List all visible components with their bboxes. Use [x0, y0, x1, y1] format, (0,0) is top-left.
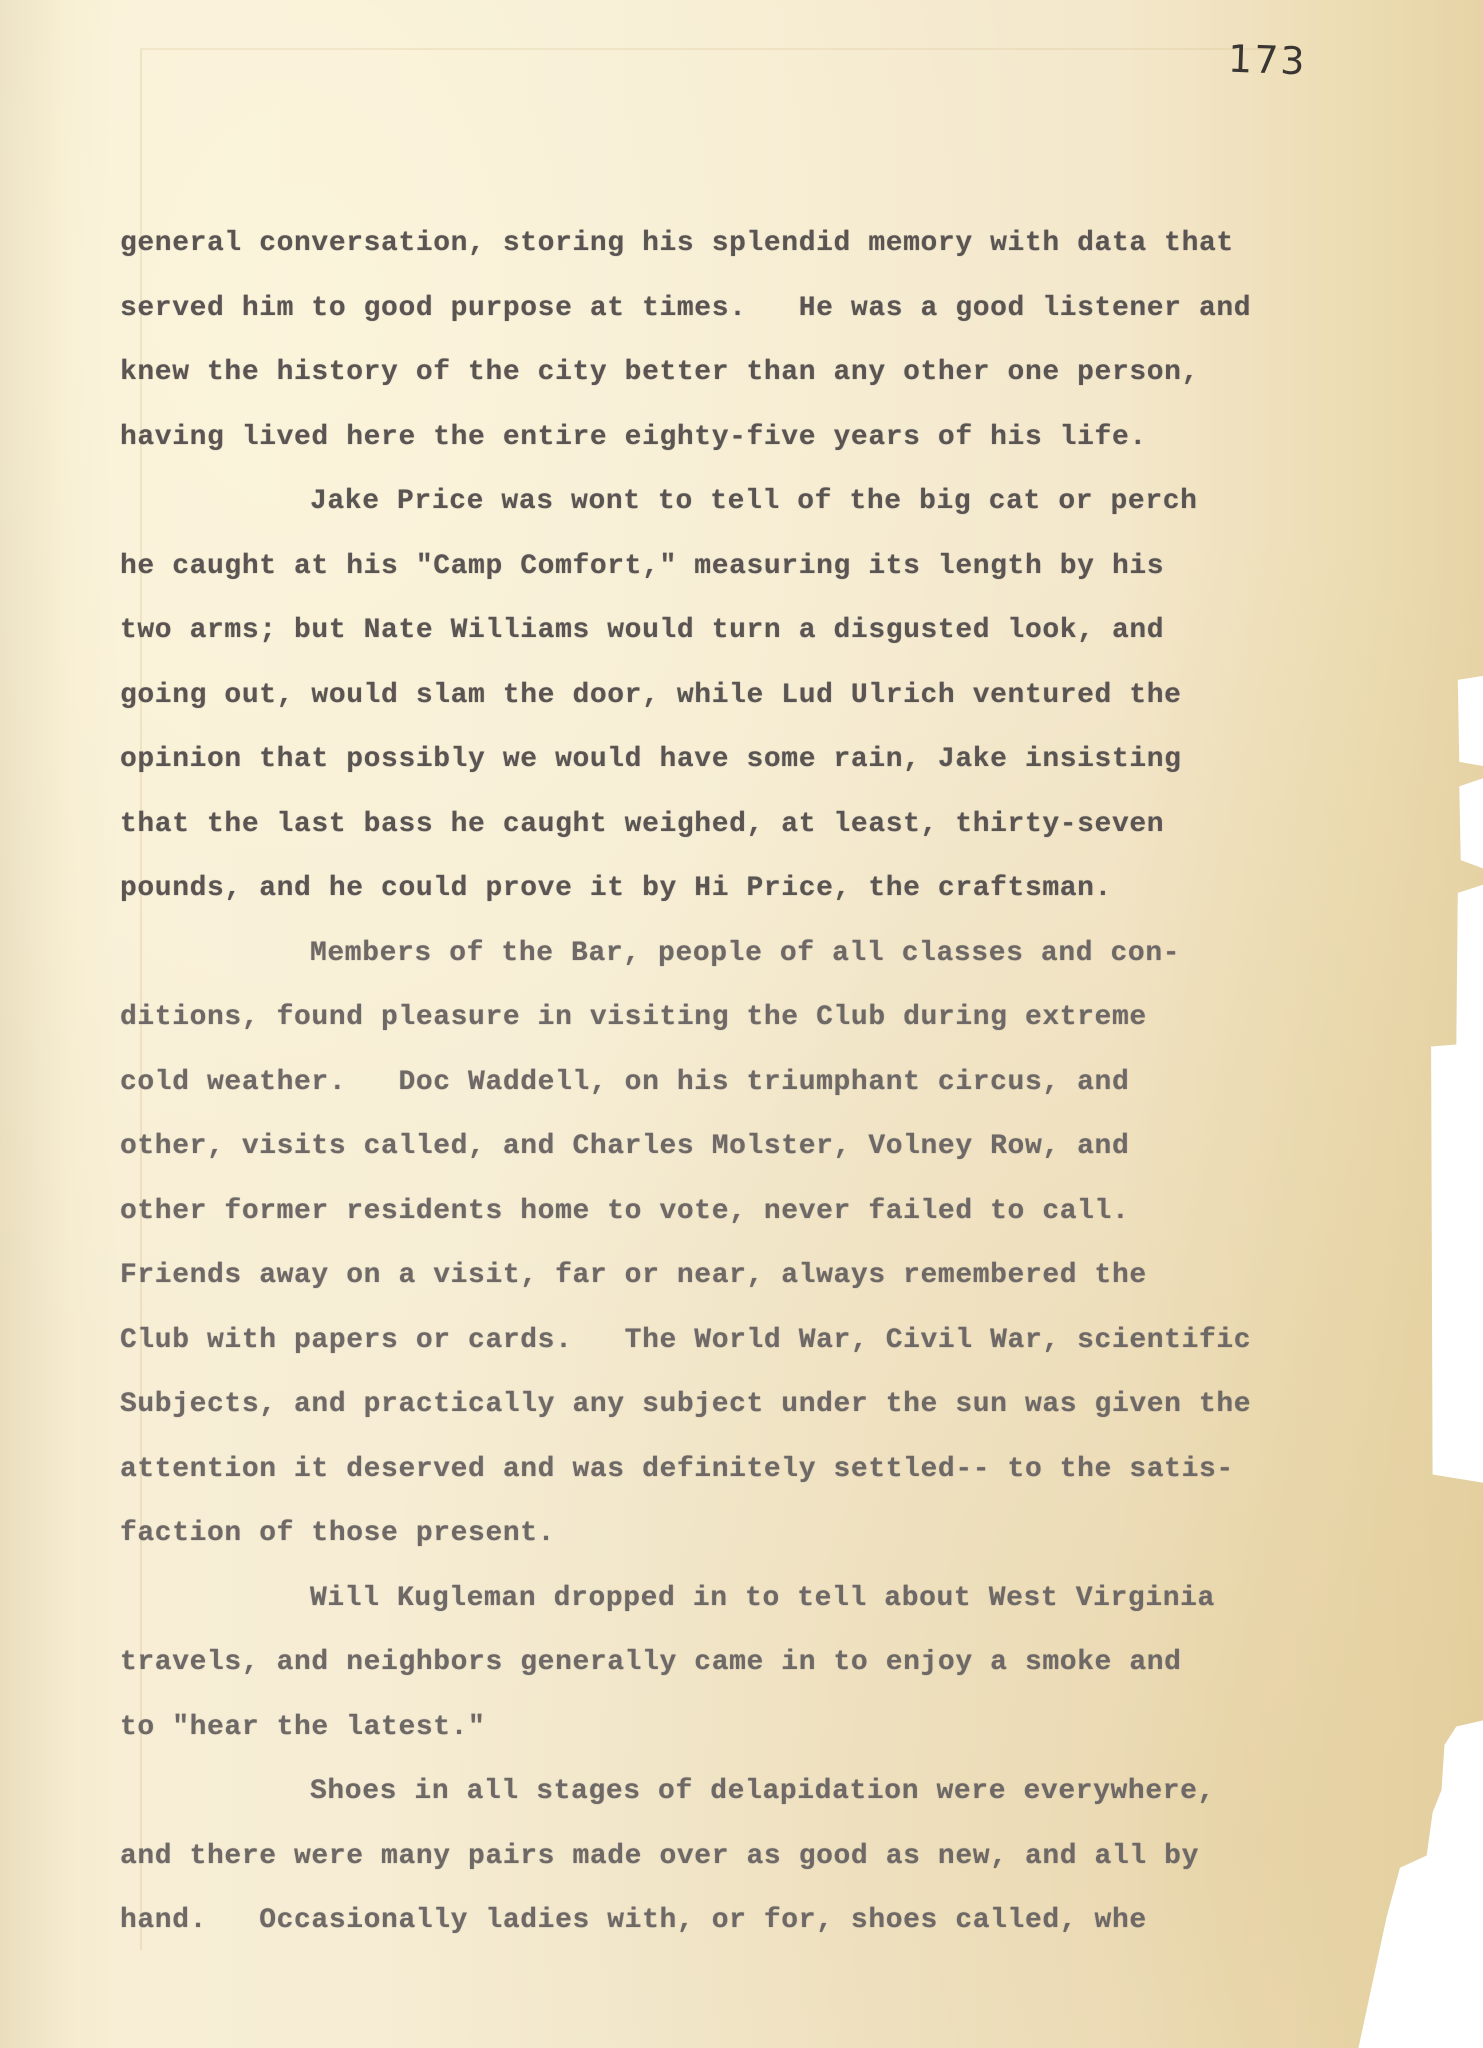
- text-line: opinion that possibly we would have some…: [120, 740, 1380, 805]
- text-line: faction of those present.: [120, 1514, 1380, 1579]
- body-text: general conversation, storing his splend…: [120, 224, 1380, 1966]
- paragraph-start-line: Members of the Bar, people of all classe…: [120, 934, 1380, 999]
- text-line: two arms; but Nate Williams would turn a…: [120, 611, 1380, 676]
- text-line: Club with papers or cards. The World War…: [120, 1321, 1380, 1386]
- text-line: other former residents home to vote, nev…: [120, 1192, 1380, 1257]
- text-line: attention it deserved and was definitely…: [120, 1450, 1380, 1515]
- paragraph-start-line: Shoes in all stages of delapidation were…: [120, 1772, 1380, 1837]
- text-line: hand. Occasionally ladies with, or for, …: [120, 1901, 1380, 1966]
- text-line: he caught at his "Camp Comfort," measuri…: [120, 547, 1380, 612]
- paragraph-start-line: Will Kugleman dropped in to tell about W…: [120, 1579, 1380, 1644]
- text-line: going out, would slam the door, while Lu…: [120, 676, 1380, 741]
- text-line: ditions, found pleasure in visiting the …: [120, 998, 1380, 1063]
- text-line: that the last bass he caught weighed, at…: [120, 805, 1380, 870]
- text-line: general conversation, storing his splend…: [120, 224, 1380, 289]
- text-line: travels, and neighbors generally came in…: [120, 1643, 1380, 1708]
- text-line: knew the history of the city better than…: [120, 353, 1380, 418]
- text-line: cold weather. Doc Waddell, on his triump…: [120, 1063, 1380, 1128]
- paragraph-start-line: Jake Price was wont to tell of the big c…: [120, 482, 1380, 547]
- text-line: pounds, and he could prove it by Hi Pric…: [120, 869, 1380, 934]
- text-line: and there were many pairs made over as g…: [120, 1837, 1380, 1902]
- text-line: Subjects, and practically any subject un…: [120, 1385, 1380, 1450]
- text-line: Friends away on a visit, far or near, al…: [120, 1256, 1380, 1321]
- page-number: 173: [1227, 37, 1307, 84]
- text-line: having lived here the entire eighty-five…: [120, 418, 1380, 483]
- text-line: served him to good purpose at times. He …: [120, 289, 1380, 354]
- text-line: to "hear the latest.": [120, 1708, 1380, 1773]
- text-line: other, visits called, and Charles Molste…: [120, 1127, 1380, 1192]
- typewritten-page: 173 general conversation, storing his sp…: [0, 0, 1483, 2048]
